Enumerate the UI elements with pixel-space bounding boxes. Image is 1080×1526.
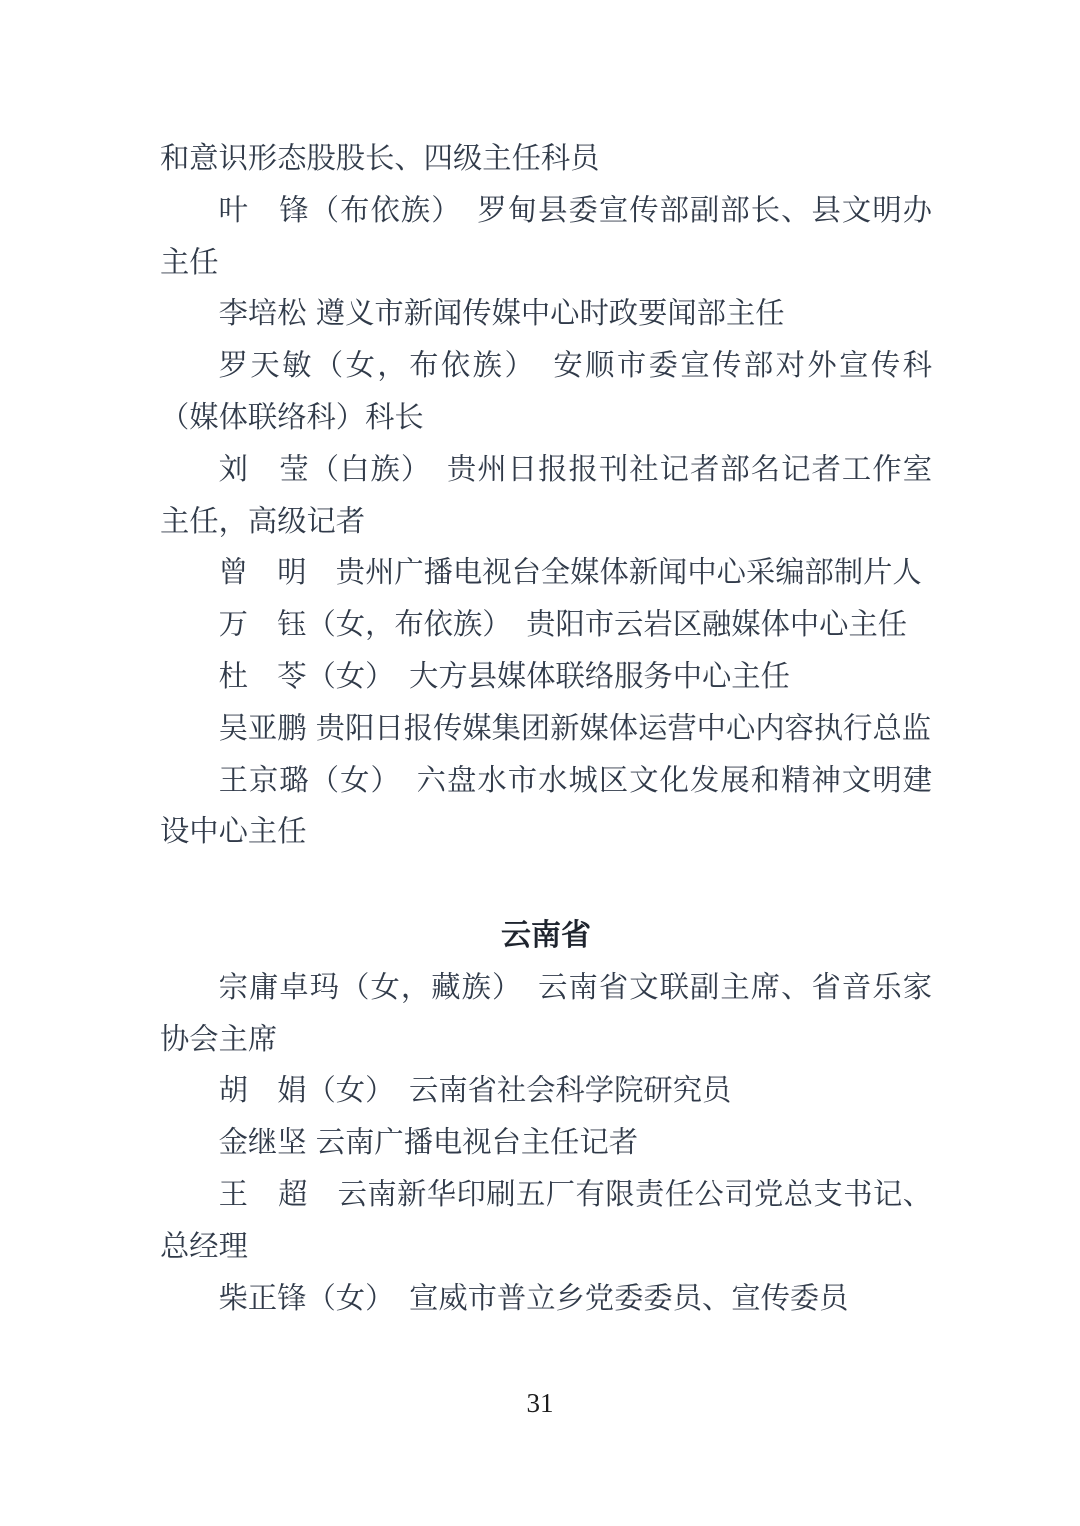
paragraph: 王京璐（女） 六盘水市水城区文化发展和精神文明建设中心主任 xyxy=(160,755,932,859)
paragraph: 杜 苓（女） 大方县媒体联络服务中心主任 xyxy=(160,651,932,703)
paragraph: 万 钰（女，布依族） 贵阳市云岩区融媒体中心主任 xyxy=(160,599,932,651)
paragraph: 宗庸卓玛（女，藏族） 云南省文联副主席、省音乐家协会主席 xyxy=(160,962,932,1066)
paragraph: 曾 明 贵州广播电视台全媒体新闻中心采编部制片人 xyxy=(160,547,932,599)
paragraph: 胡 娟（女） 云南省社会科学院研究员 xyxy=(160,1065,932,1117)
paragraph-continuation: 和意识形态股股长、四级主任科员 xyxy=(160,133,932,185)
document-body: 和意识形态股股长、四级主任科员 叶 锋（布依族） 罗甸县委宣传部副部长、县文明办… xyxy=(160,133,932,1324)
province-heading: 云南省 xyxy=(160,910,932,962)
page-number: 31 xyxy=(0,1386,1080,1420)
paragraph: 叶 锋（布依族） 罗甸县委宣传部副部长、县文明办主任 xyxy=(160,185,932,289)
paragraph: 李培松 遵义市新闻传媒中心时政要闻部主任 xyxy=(160,288,932,340)
paragraph: 金继坚 云南广播电视台主任记者 xyxy=(160,1117,932,1169)
paragraph: 罗天敏（女，布依族） 安顺市委宣传部对外宣传科（媒体联络科）科长 xyxy=(160,340,932,444)
document-page: 和意识形态股股长、四级主任科员 叶 锋（布依族） 罗甸县委宣传部副部长、县文明办… xyxy=(0,0,1080,1526)
paragraph: 吴亚鹏 贵阳日报传媒集团新媒体运营中心内容执行总监 xyxy=(160,703,932,755)
paragraph: 王 超 云南新华印刷五厂有限责任公司党总支书记、总经理 xyxy=(160,1169,932,1273)
paragraph: 刘 莹（白族） 贵州日报报刊社记者部名记者工作室主任，高级记者 xyxy=(160,444,932,548)
paragraph: 柴正锋（女） 宣威市普立乡党委委员、宣传委员 xyxy=(160,1273,932,1325)
